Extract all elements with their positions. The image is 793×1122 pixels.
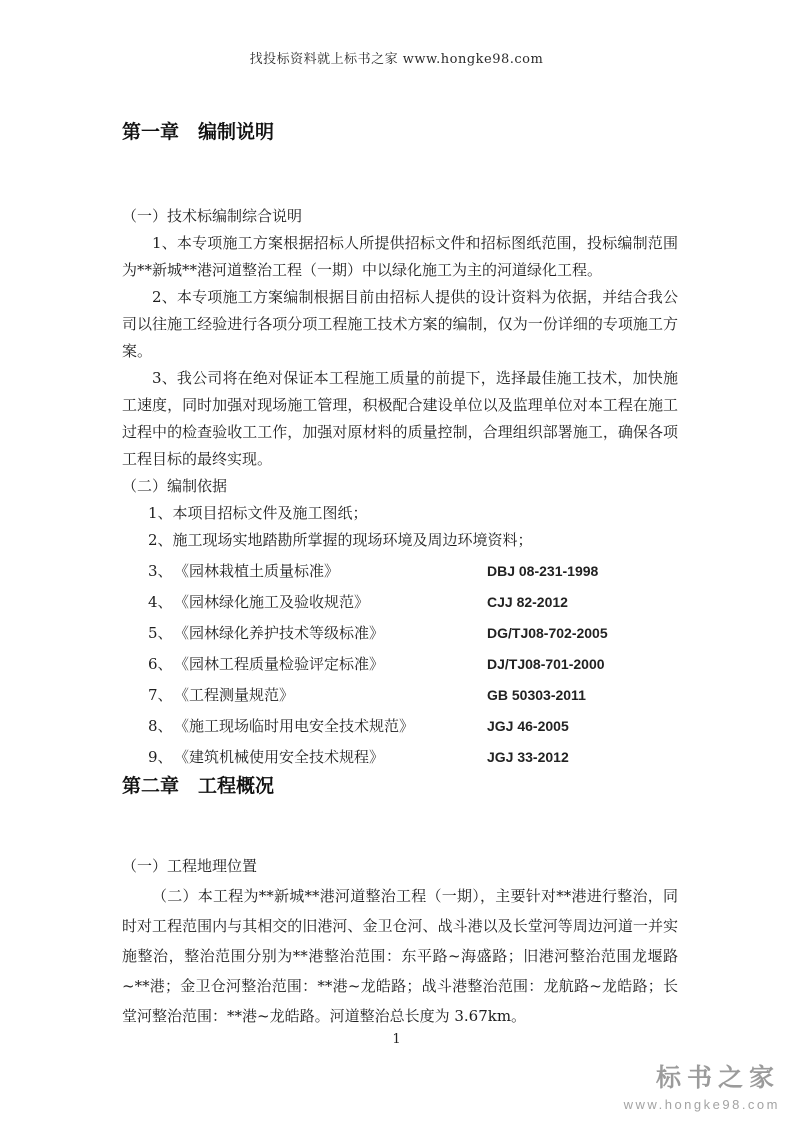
standard-number: 8、 bbox=[148, 711, 174, 742]
standard-item: 5、《园林绿化养护技术等级标准》 DG/TJ08-702-2005 bbox=[122, 618, 678, 649]
standard-item: 4、《园林绿化施工及验收规范》 CJJ 82-2012 bbox=[122, 587, 678, 618]
chapter2-paragraph-1: （二）本工程为**新城**港河道整治工程（一期），主要针对**港进行整治，同时对… bbox=[122, 881, 678, 1031]
chapter1-paragraph-3: 3、我公司将在绝对保证本工程施工质量的前提下，选择最佳施工技术，加快施工速度，同… bbox=[122, 365, 678, 473]
standard-title: 《工程测量规范》 bbox=[174, 686, 294, 704]
standard-title: 《施工现场临时用电安全技术规范》 bbox=[174, 717, 414, 735]
chapter1-title: 第一章 编制说明 bbox=[122, 119, 678, 145]
chapter1-section1-title: （一）技术标编制综合说明 bbox=[122, 203, 678, 230]
standard-code: JGJ 46-2005 bbox=[487, 711, 569, 742]
standards-list: 3、《园林栽植土质量标准》 DBJ 08-231-1998 4、《园林绿化施工及… bbox=[122, 556, 678, 773]
standard-code: DJ/TJ08-701-2000 bbox=[487, 649, 605, 680]
standard-item: 9、《建筑机械使用安全技术规程》 JGJ 33-2012 bbox=[122, 742, 678, 773]
watermark-url-text: www.hongke98.com bbox=[624, 1097, 780, 1112]
standard-title: 《园林绿化施工及验收规范》 bbox=[174, 593, 369, 611]
standard-item: 7、《工程测量规范》 GB 50303-2011 bbox=[122, 680, 678, 711]
standard-title: 《建筑机械使用安全技术规程》 bbox=[174, 748, 384, 766]
document-content: 第一章 编制说明 （一）技术标编制综合说明 1、本专项施工方案根据招标人所提供招… bbox=[0, 119, 793, 1031]
standard-number: 4、 bbox=[148, 587, 174, 618]
chapter1-paragraph-1: 1、本专项施工方案根据招标人所提供招标文件和招标图纸范围，投标编制范围为**新城… bbox=[122, 230, 678, 284]
document-page: 找投标资料就上标书之家 www.hongke98.com 第一章 编制说明 （一… bbox=[0, 0, 793, 1122]
standard-title: 《园林栽植土质量标准》 bbox=[174, 562, 339, 580]
chapter2-title: 第二章 工程概况 bbox=[122, 773, 678, 799]
standard-title: 《园林绿化养护技术等级标准》 bbox=[174, 624, 384, 642]
standard-number: 5、 bbox=[148, 618, 174, 649]
standard-number: 9、 bbox=[148, 742, 174, 773]
basis-item-2: 2、施工现场实地踏勘所掌握的现场环境及周边环境资料； bbox=[122, 527, 678, 554]
standard-code: JGJ 33-2012 bbox=[487, 742, 569, 773]
basis-item-1: 1、本项目招标文件及施工图纸； bbox=[122, 500, 678, 527]
standard-code: GB 50303-2011 bbox=[487, 680, 586, 711]
standard-number: 3、 bbox=[148, 556, 174, 587]
standard-code: DG/TJ08-702-2005 bbox=[487, 618, 608, 649]
chapter2-section1-title: （一）工程地理位置 bbox=[122, 851, 678, 881]
chapter1-paragraph-2: 2、本专项施工方案编制根据目前由招标人提供的设计资料为依据，并结合我公司以往施工… bbox=[122, 284, 678, 365]
standard-code: CJJ 82-2012 bbox=[487, 587, 568, 618]
watermark-logo-text: 标书之家 bbox=[624, 1058, 780, 1094]
standard-number: 6、 bbox=[148, 649, 174, 680]
standard-item: 8、《施工现场临时用电安全技术规范》 JGJ 46-2005 bbox=[122, 711, 678, 742]
standard-item: 6、《园林工程质量检验评定标准》 DJ/TJ08-701-2000 bbox=[122, 649, 678, 680]
watermark: 标书之家 www.hongke98.com bbox=[624, 1058, 780, 1112]
standard-title: 《园林工程质量检验评定标准》 bbox=[174, 655, 384, 673]
page-header-text: 找投标资料就上标书之家 www.hongke98.com bbox=[0, 0, 793, 67]
page-number: 1 bbox=[0, 1032, 793, 1047]
standard-code: DBJ 08-231-1998 bbox=[487, 556, 598, 587]
standard-number: 7、 bbox=[148, 680, 174, 711]
standard-item: 3、《园林栽植土质量标准》 DBJ 08-231-1998 bbox=[122, 556, 678, 587]
chapter1-section2-title: （二）编制依据 bbox=[122, 473, 678, 500]
